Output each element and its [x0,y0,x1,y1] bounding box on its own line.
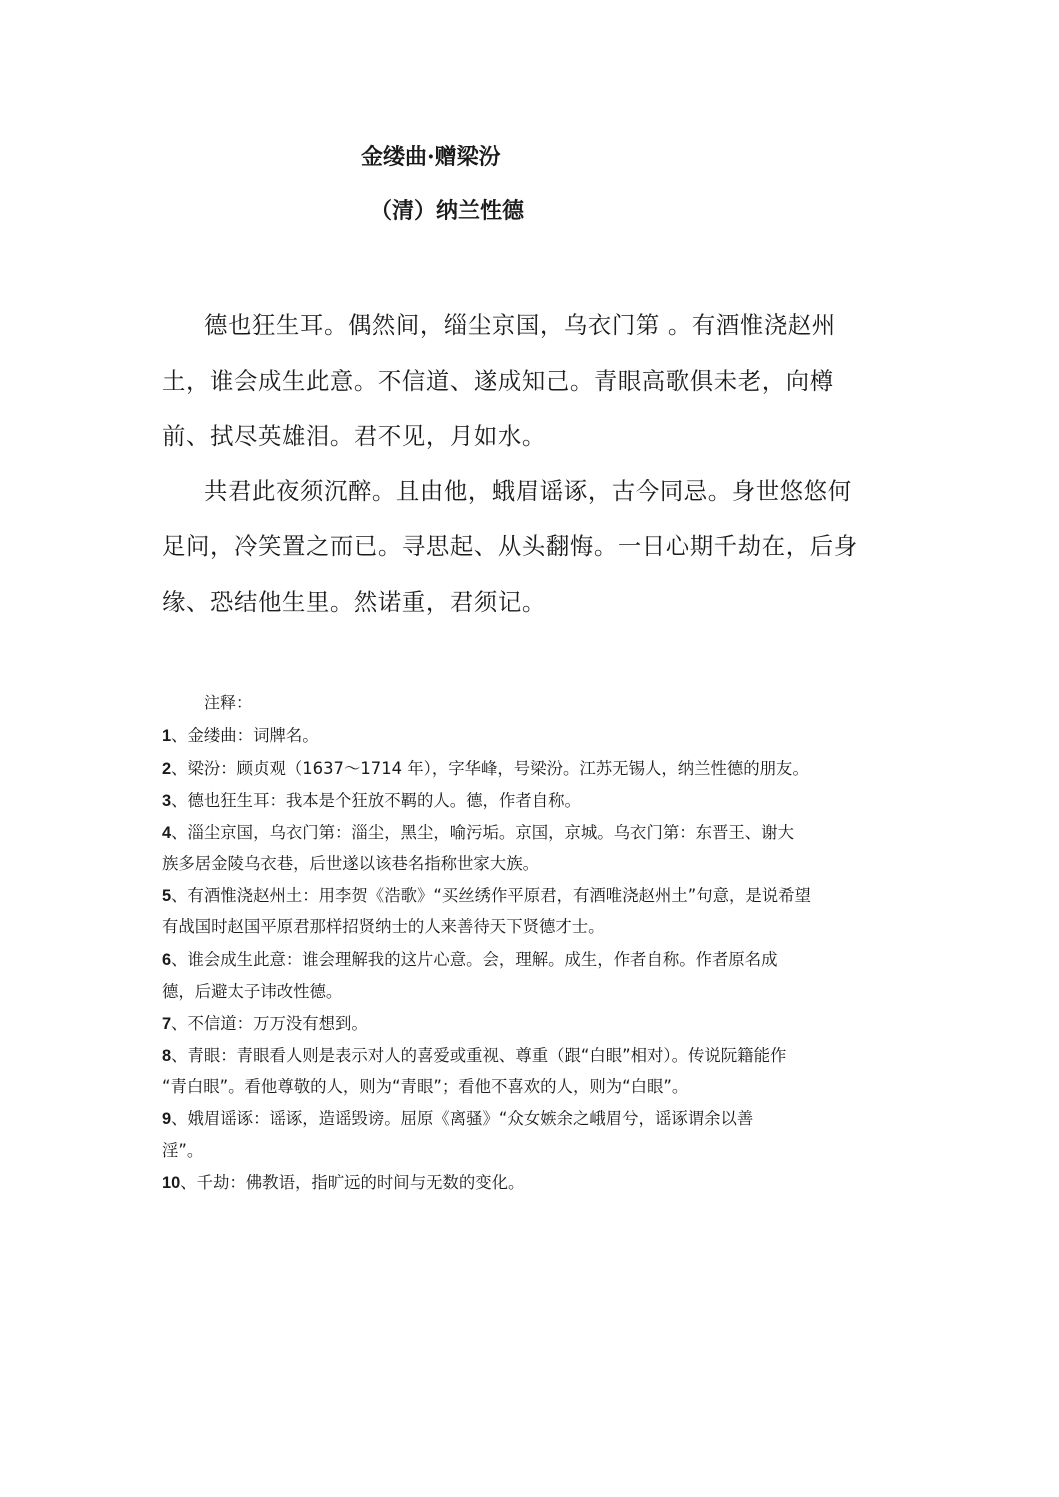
note-item-8: 8、青眼：青眼看人则是表示对人的喜爱或重视、尊重（跟“白眼”相对）。传说阮籍能作 [162,1045,786,1067]
note-text: 、梁汾：顾贞观（1637～1714 年），字华峰，号梁汾。江苏无锡人，纳兰性德的… [171,759,809,778]
note-text: 、德也狂生耳：我本是个狂放不羁的人。德，作者自称。 [171,791,581,810]
note-item-5-cont: 有战国时赵国平原君那样招贤纳士的人来善待天下贤德才士。 [162,916,605,938]
note-number: 5 [162,887,171,905]
note-item-6-cont: 德，后避太子讳改性德。 [162,981,342,1003]
note-item-3: 3、德也狂生耳：我本是个狂放不羁的人。德，作者自称。 [162,790,581,812]
note-number: 10 [162,1174,180,1192]
note-text: 、有酒惟浇赵州土：用李贺《浩歌》“买丝绣作平原君，有酒唯浇赵州土”句意，是说希望 [171,886,811,905]
note-text: 、淄尘京国，乌衣门第：淄尘，黑尘，喻污垢。京国，京城。乌衣门第：东晋王、谢大 [171,823,794,842]
note-item-7: 7、不信道：万万没有想到。 [162,1013,368,1035]
note-item-5: 5、有酒惟浇赵州土：用李贺《浩歌》“买丝绣作平原君，有酒唯浇赵州土”句意，是说希… [162,885,811,907]
note-text: 、千劫：佛教语，指旷远的时间与无数的变化。 [180,1173,524,1192]
note-item-6: 6、谁会成生此意：谁会理解我的这片心意。会，理解。成生，作者自称。作者原名成 [162,949,778,971]
note-text: 、娥眉谣诼：谣诼，造谣毁谤。屈原《离骚》“众女嫉余之峨眉兮，谣诼谓余以善 [171,1109,753,1128]
poem-line: 前、拭尽英雄泪。君不见，月如水。 [162,421,546,451]
note-number: 6 [162,951,171,969]
note-item-2: 2、梁汾：顾贞观（1637～1714 年），字华峰，号梁汾。江苏无锡人，纳兰性德… [162,758,809,780]
note-number: 4 [162,824,171,842]
document-page: 金缕曲·赠梁汾 （清）纳兰性德 德也狂生耳。偶然间，缁尘京国，乌衣门第 。有酒惟… [0,0,1059,1497]
note-text: 、金缕曲：词牌名。 [171,726,319,745]
poem-line: 德也狂生耳。偶然间，缁尘京国，乌衣门第 。有酒惟浇赵州 [204,310,836,340]
note-item-8-cont: “青白眼”。看他尊敬的人，则为“青眼”；看他不喜欢的人，则为“白眼”。 [162,1076,688,1098]
note-item-9: 9、娥眉谣诼：谣诼，造谣毁谤。屈原《离骚》“众女嫉余之峨眉兮，谣诼谓余以善 [162,1108,753,1130]
note-text: 、不信道：万万没有想到。 [171,1014,368,1033]
note-number: 9 [162,1110,171,1128]
note-number: 7 [162,1015,171,1033]
note-number: 1 [162,727,171,745]
note-item-10: 10、千劫：佛教语，指旷远的时间与无数的变化。 [162,1172,524,1194]
note-number: 2 [162,760,171,778]
note-number: 3 [162,792,171,810]
notes-heading: 注释： [204,692,252,714]
poem-line: 足问，冷笑置之而已。寻思起、从头翻悔。一日心期千劫在，后身 [162,531,858,561]
note-number: 8 [162,1047,171,1065]
note-item-4: 4、淄尘京国，乌衣门第：淄尘，黑尘，喻污垢。京国，京城。乌衣门第：东晋王、谢大 [162,822,794,844]
note-item-9-cont: 淫”。 [162,1140,203,1162]
poem-line: 共君此夜须沉醉。且由他，蛾眉谣诼，古今同忌。身世悠悠何 [204,476,852,506]
poem-title: 金缕曲·赠梁汾 [361,142,501,172]
note-text: 、谁会成生此意：谁会理解我的这片心意。会，理解。成生，作者自称。作者原名成 [171,950,777,969]
poem-line: 土，谁会成生此意。不信道、遂成知己。青眼高歌俱未老，向樽 [162,366,834,396]
note-item-1: 1、金缕曲：词牌名。 [162,725,319,747]
poem-line: 缘、恐结他生里。然诺重，君须记。 [162,587,546,617]
note-item-4-cont: 族多居金陵乌衣巷，后世遂以该巷名指称世家大族。 [162,853,539,875]
poem-author: （清）纳兰性德 [370,196,524,226]
note-text: 、青眼：青眼看人则是表示对人的喜爱或重视、尊重（跟“白眼”相对）。传说阮籍能作 [171,1046,786,1065]
